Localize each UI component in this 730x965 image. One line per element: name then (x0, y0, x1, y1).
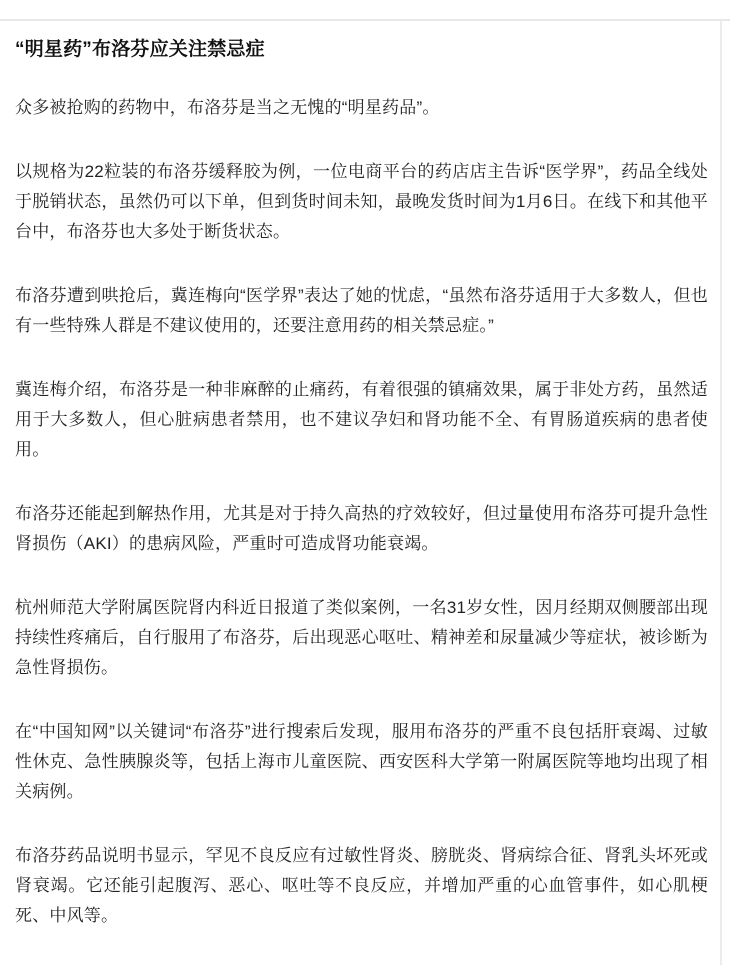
article-page: “明星药”布洛芬应关注禁忌症 众多被抢购的药物中，布洛芬是当之无愧的“明星药品”… (0, 21, 722, 965)
article-paragraph-6: 杭州师范大学附属医院肾内科近日报道了类似案例，一名31岁女性，因月经期双侧腰部出… (15, 593, 708, 683)
article-paragraph-3: 布洛芬遭到哄抢后，冀连梅向“医学界”表达了她的忧虑，“虽然布洛芬适用于大多数人，… (15, 281, 708, 341)
top-margin (0, 0, 730, 19)
article-paragraph-5: 布洛芬还能起到解热作用，尤其是对于持久高热的疗效较好，但过量使用布洛芬可提升急性… (15, 499, 708, 559)
article-title: “明星药”布洛芬应关注禁忌症 (15, 35, 708, 65)
article-paragraph-7: 在“中国知网”以关键词“布洛芬”进行搜索后发现，服用布洛芬的严重不良包括肝衰竭、… (15, 717, 708, 807)
article-paragraph-1: 众多被抢购的药物中，布洛芬是当之无愧的“明星药品”。 (15, 93, 708, 123)
article-paragraph-2: 以规格为22粒装的布洛芬缓释胶为例，一位电商平台的药店店主告诉“医学界”，药品全… (15, 157, 708, 247)
article-paragraph-4: 冀连梅介绍，布洛芬是一种非麻醉的止痛药，有着很强的镇痛效果，属于非处方药，虽然适… (15, 375, 708, 465)
article-paragraph-8: 布洛芬药品说明书显示，罕见不良反应有过敏性肾炎、膀胱炎、肾病综合征、肾乳头坏死或… (15, 841, 708, 931)
